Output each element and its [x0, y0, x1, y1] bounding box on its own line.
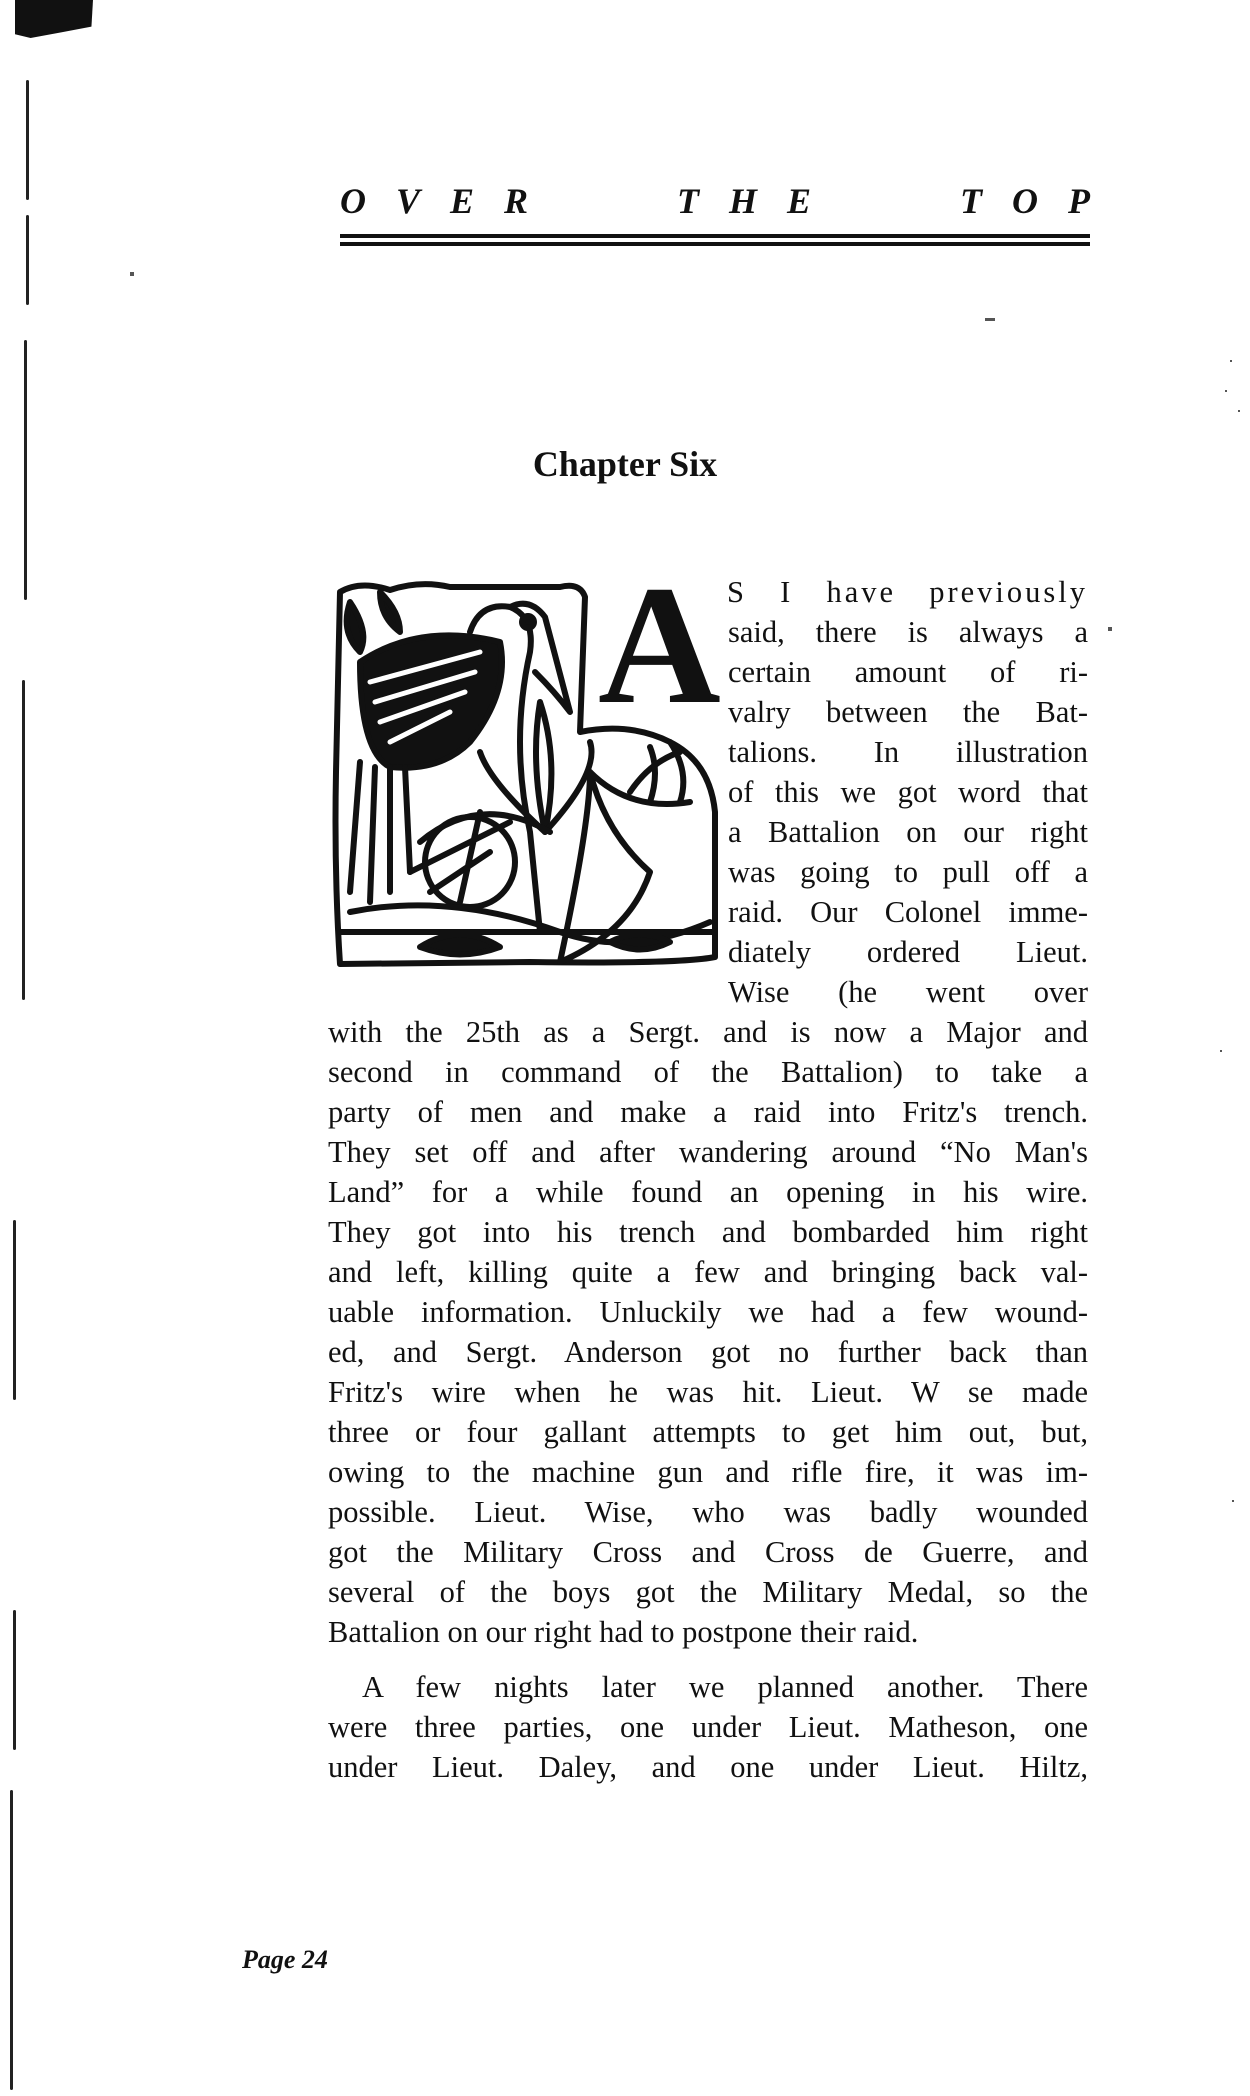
header-rule-top [340, 234, 1090, 238]
scan-artifact [15, 0, 93, 38]
text-line: owing to the machine gun and rifle fire,… [328, 1452, 1088, 1492]
text-line: S I have previously [727, 572, 1088, 612]
text-line: uable information. Unluckily we had a fe… [328, 1292, 1088, 1332]
binding-edge-mark [26, 80, 29, 200]
binding-edge-mark [26, 215, 29, 305]
text-line: diately ordered Lieut. [728, 932, 1088, 972]
scan-speck [1220, 1050, 1222, 1052]
text-line: talions. In illustration [728, 732, 1088, 772]
binding-edge-mark [22, 680, 25, 1000]
running-head-word-the: T H E [677, 180, 811, 222]
paragraph-1-beside-dropcap: S I have previously said, there is alway… [728, 572, 1088, 1012]
text-line: second in command of the Battalion) to t… [328, 1052, 1088, 1092]
dropcap-letter: A [598, 560, 721, 730]
text-line: A few nights later we planned another. T… [328, 1667, 1088, 1707]
text-line: Wise (he went over [728, 972, 1088, 1012]
text-line: raid. Our Colonel imme- [728, 892, 1088, 932]
scan-speck [130, 272, 134, 276]
paragraph-2: A few nights later we planned another. T… [328, 1667, 1088, 1787]
text-line: Fritz's wire when he was hit. Lieut. W s… [328, 1372, 1088, 1412]
binding-edge-mark [10, 1790, 13, 2090]
scan-speck [1108, 627, 1112, 631]
text-line: ed, and Sergt. Anderson got no further b… [328, 1332, 1088, 1372]
scan-speck [1230, 360, 1232, 362]
text-line: were three parties, one under Lieut. Mat… [328, 1707, 1088, 1747]
text-line: got the Military Cross and Cross de Guer… [328, 1532, 1088, 1572]
text-line: was going to pull off a [728, 852, 1088, 892]
running-head: O V E R T H E T O P [340, 180, 1090, 222]
text-line: Land” for a while found an opening in hi… [328, 1172, 1088, 1212]
text-line: Battalion on our right had to postpone t… [328, 1612, 1088, 1652]
text-line: of this we got word that [728, 772, 1088, 812]
text-line: They set off and after wandering around … [328, 1132, 1088, 1172]
running-head-word-top: T O P [960, 180, 1090, 222]
text-line: with the 25th as a Sergt. and is now a M… [328, 1012, 1088, 1052]
scan-speck [1225, 390, 1227, 392]
text-line: possible. Lieut. Wise, who was badly wou… [328, 1492, 1088, 1532]
text-line: said, there is always a [728, 612, 1088, 652]
text-line: certain amount of ri- [728, 652, 1088, 692]
chapter-title: Chapter Six [0, 443, 1250, 485]
header-rule-bottom [340, 242, 1090, 246]
running-head-word-over: O V E R [340, 180, 528, 222]
text-line: party of men and make a raid into Fritz'… [328, 1092, 1088, 1132]
page-number: Page 24 [242, 1945, 328, 1975]
binding-edge-mark [13, 1610, 16, 1750]
scan-speck [1238, 410, 1240, 412]
scan-speck [1232, 1500, 1234, 1502]
binding-edge-mark [13, 1220, 16, 1400]
text-line: a Battalion on our right [728, 812, 1088, 852]
paragraph-1-body: with the 25th as a Sergt. and is now a M… [328, 1012, 1088, 1652]
text-line: valry between the Bat- [728, 692, 1088, 732]
text-line: and left, killing quite a few and bringi… [328, 1252, 1088, 1292]
text-line: They got into his trench and bombarded h… [328, 1212, 1088, 1252]
text-line: under Lieut. Daley, and one under Lieut.… [328, 1747, 1088, 1787]
text-line: several of the boys got the Military Med… [328, 1572, 1088, 1612]
scan-speck [985, 318, 995, 321]
text-line: three or four gallant attempts to get hi… [328, 1412, 1088, 1452]
